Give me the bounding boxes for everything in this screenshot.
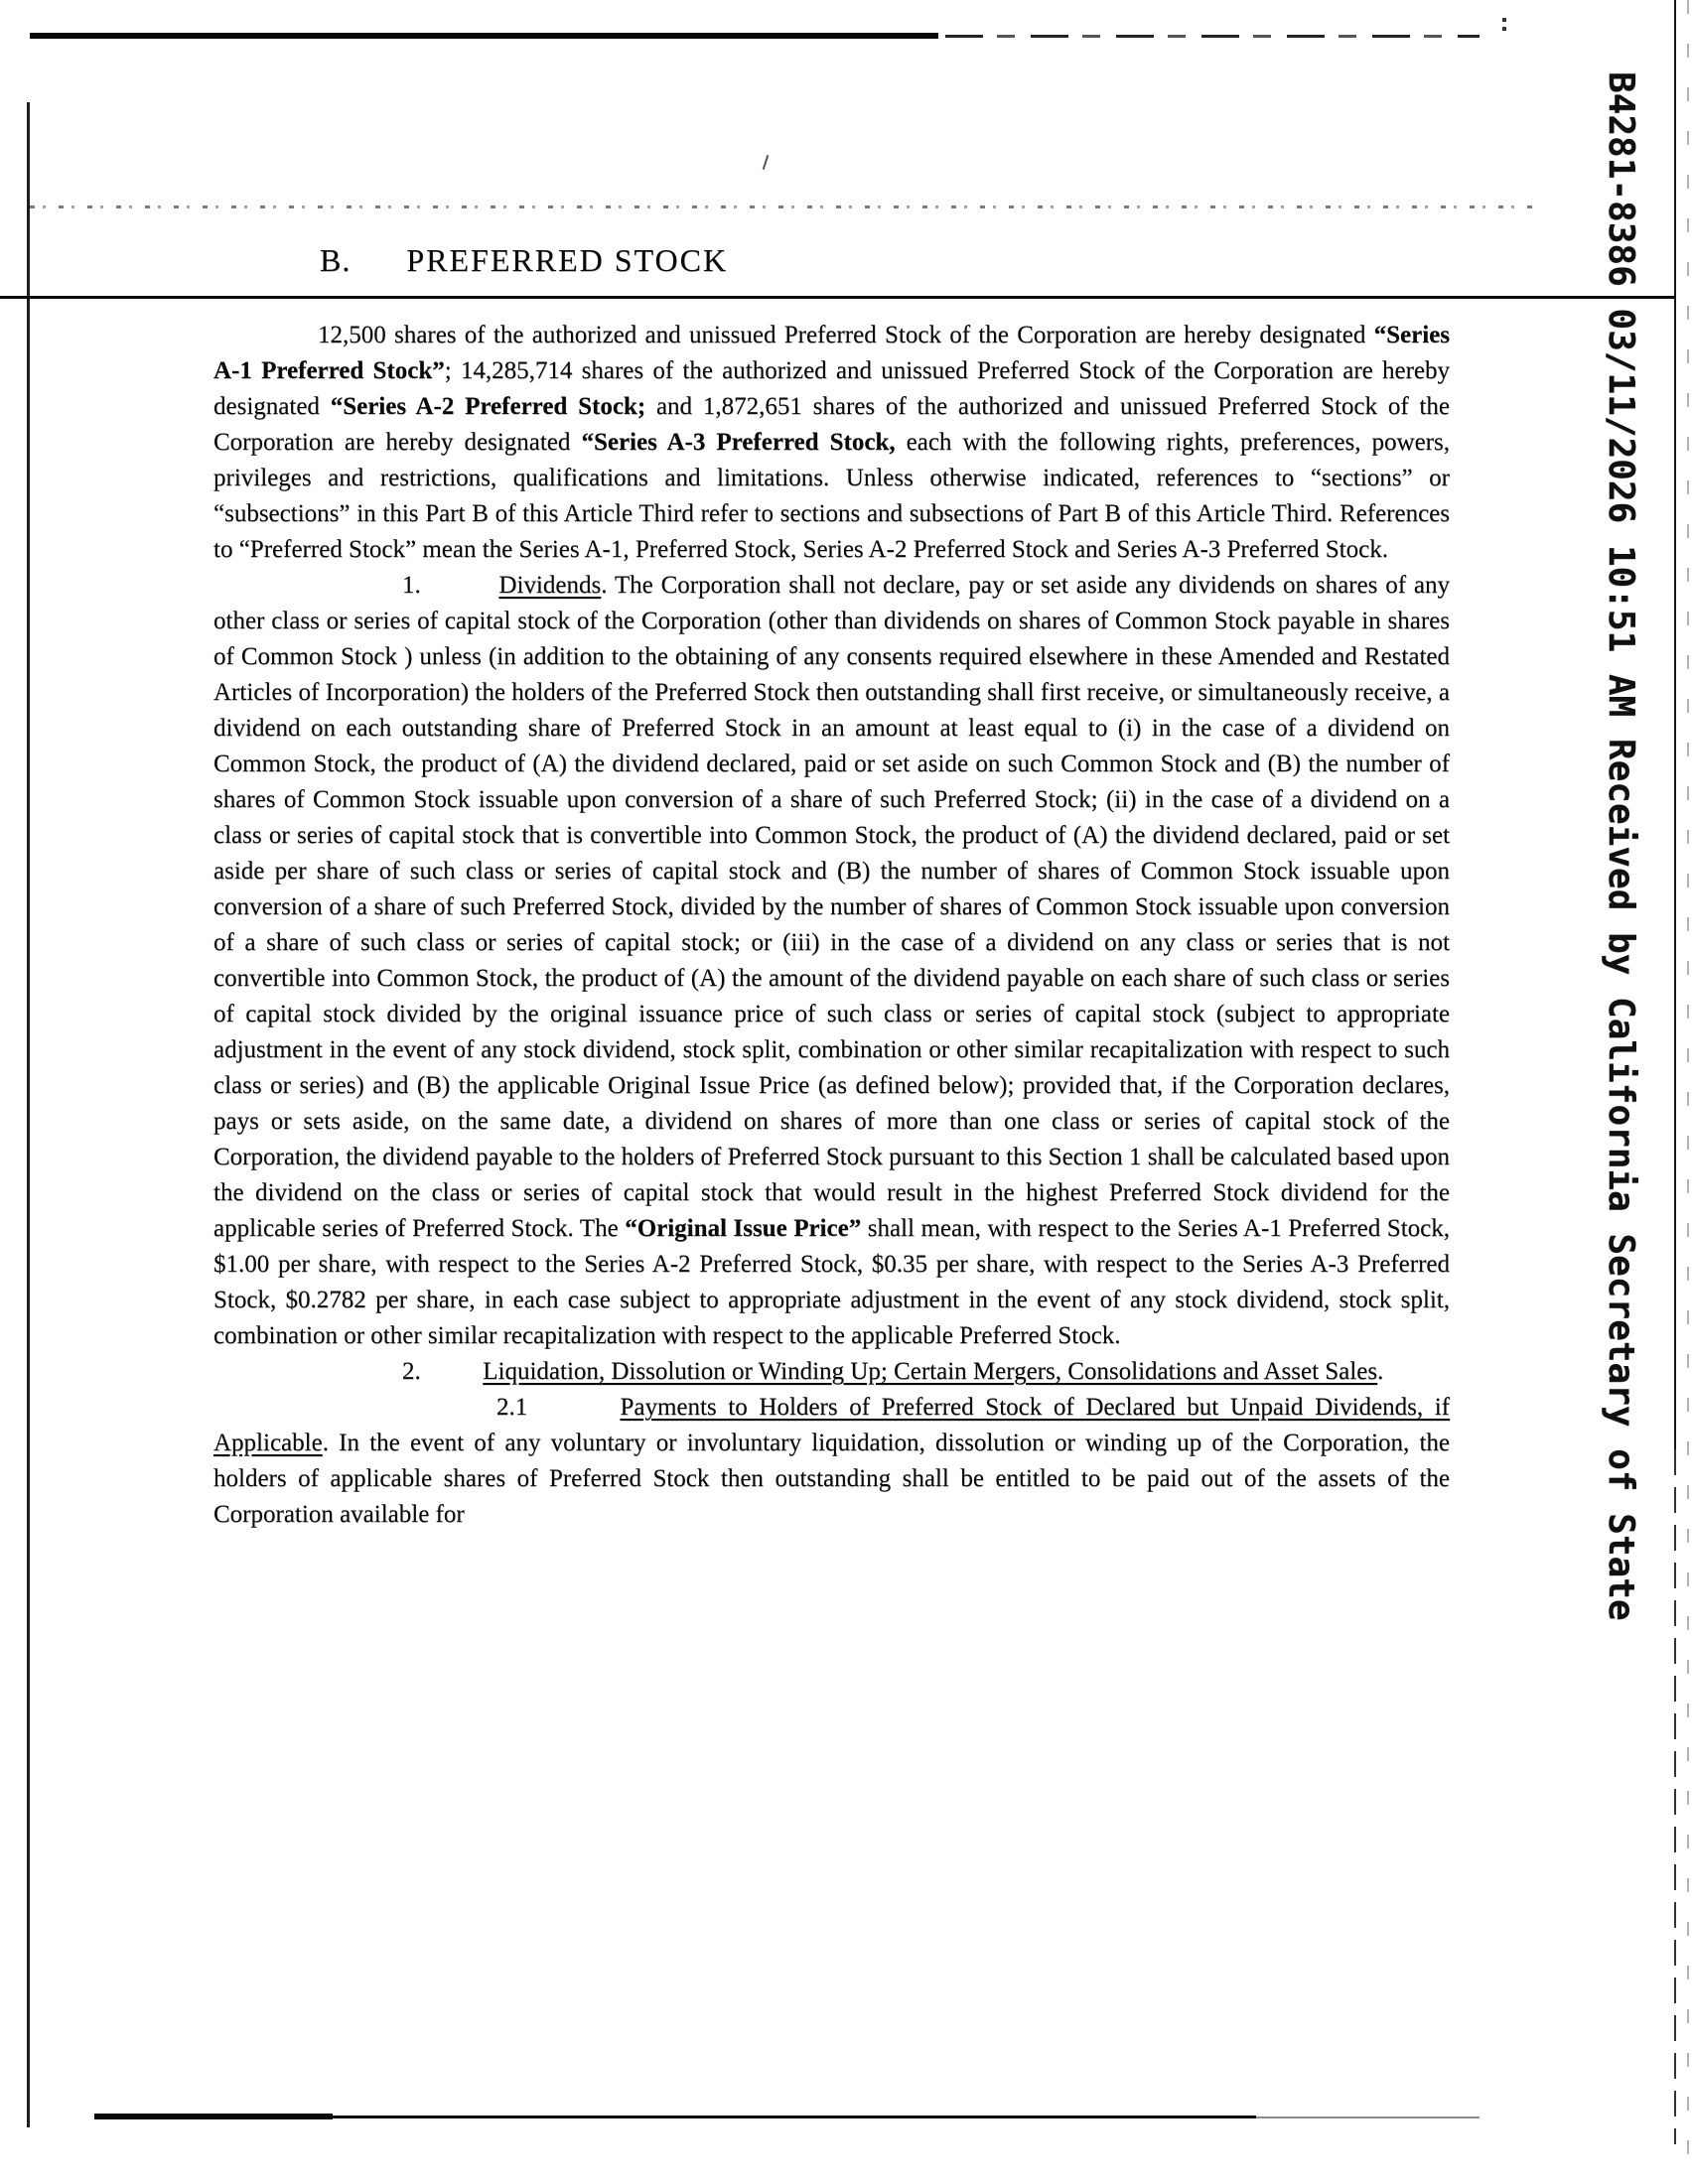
left-border-line xyxy=(27,102,30,2127)
paragraph-section-2-liquidation-heading: 2. Liquidation, Dissolution or Winding U… xyxy=(213,1354,1450,1390)
section-b-title: PREFERRED STOCK xyxy=(406,242,728,279)
bottom-rule-faint xyxy=(1256,2116,1480,2118)
heading-underline-rule xyxy=(0,296,1676,299)
top-rule-dashed xyxy=(945,35,1480,38)
paragraph-preferred-stock-intro: 12,500 shares of the authorized and unis… xyxy=(213,318,1450,568)
right-border-line xyxy=(1674,0,1676,1449)
scan-speck-colon xyxy=(1502,18,1506,22)
paragraph-section-2-1-payments: 2.1 Payments to Holders of Preferred Sto… xyxy=(213,1390,1450,1533)
scan-speck-slash xyxy=(763,155,770,170)
section-b-label: B. xyxy=(320,242,351,279)
right-border-line-dashed xyxy=(1674,1449,1676,2144)
document-page: B. PREFERRED STOCK 12,500 shares of the … xyxy=(0,0,1692,2184)
page-edge-dashes xyxy=(1687,0,1689,2184)
top-rule-solid xyxy=(30,33,938,39)
scan-artifact-dotted-line xyxy=(30,205,1534,208)
paragraph-section-1-dividends: 1. Dividends. The Corporation shall not … xyxy=(213,568,1450,1354)
bottom-rule-thin xyxy=(333,2116,1256,2118)
bottom-rule-thick xyxy=(94,2114,333,2119)
document-body: 12,500 shares of the authorized and unis… xyxy=(213,318,1450,1533)
filing-stamp-vertical: B4281-8386 03/11/2026 10:51 AM Received … xyxy=(1601,71,1640,1621)
section-b-heading: B. PREFERRED STOCK xyxy=(320,242,728,279)
